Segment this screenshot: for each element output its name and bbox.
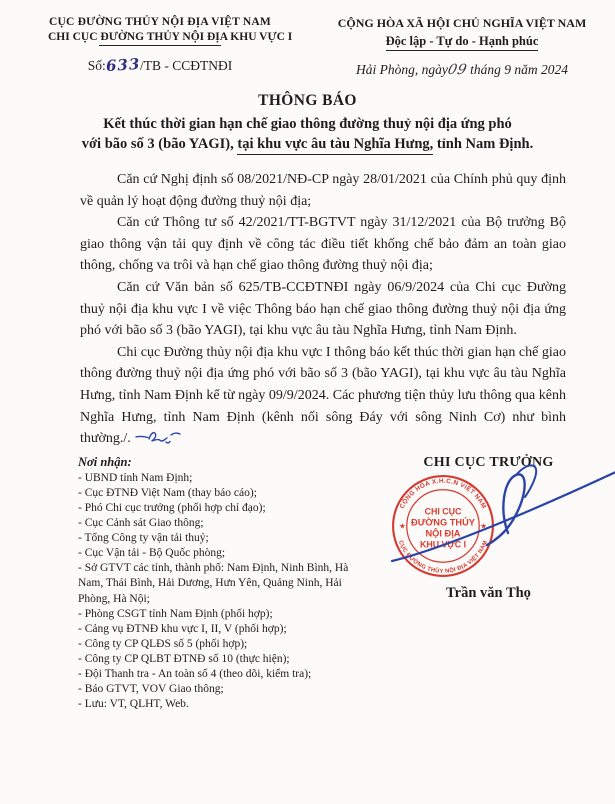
paragraph-legal-basis-2: Căn cứ Thông tư số 42/2021/TT-BGTVT ngày… (80, 212, 566, 277)
handwritten-document-number: 633 (105, 55, 140, 75)
paragraph-legal-basis-1: Căn cứ Nghị định số 08/2021/NĐ-CP ngày 2… (80, 169, 566, 212)
subtitle-line1: Kết thúc thời gian hạn chế giao thông đư… (103, 116, 512, 132)
national-motto-line1: CỘNG HÒA XÃ HỘI CHỦ NGHĨA VIỆT NAM (333, 16, 591, 31)
place-and-date: Hải Phòng, ngày09 tháng 9 năm 2024 (333, 62, 591, 78)
issuing-agency-block: CỤC ĐƯỜNG THỦY NỘI ĐỊA VIỆT NAM CHI CỤC … (48, 16, 272, 78)
seal-and-signature-area: CỘNG HÒA X.H.C.N VIỆT NAM CỤC ĐƯỜNG THỦY… (376, 475, 601, 579)
national-motto-line2: Độc lập - Tự do - Hạnh phúc (386, 34, 539, 51)
recipient-item: - Báo GTVT, VOV Giao thông; (78, 682, 376, 697)
document-number-prefix: Số: (88, 58, 106, 73)
recipients-label: Nơi nhận: (78, 455, 376, 470)
subtitle-line2-pre: với bão số 3 (bão YAGI), (82, 136, 238, 152)
recipient-item: - UBND tỉnh Nam Định; (78, 471, 376, 486)
issuing-agency-name: CHI CỤC ĐƯỜNG THỦY NỘI ĐỊA KHU VỰC I (48, 31, 272, 43)
document-header: CỤC ĐƯỜNG THỦY NỘI ĐỊA VIỆT NAM CHI CỤC … (0, 0, 615, 78)
date-prefix: Hải Phòng, ngày (356, 62, 448, 77)
subtitle-underlined-phrase: tại khu vực âu tàu Nghĩa Hưng, (237, 136, 433, 155)
recipient-item: - Cảng vụ ĐTNĐ khu vực I, II, V (phối hợ… (78, 622, 376, 637)
recipient-item: - Phòng CSGT tỉnh Nam Định (phối hợp); (78, 607, 376, 622)
subtitle-line2-post: tỉnh Nam Định. (433, 136, 533, 152)
recipient-item: - Cục Vận tải - Bộ Quốc phòng; (78, 546, 376, 561)
date-suffix: tháng 9 năm 2024 (467, 62, 568, 77)
recipient-item: - Đội Thanh tra - An toàn số 4 (theo dõi… (78, 667, 376, 682)
title-block: THÔNG BÁO Kết thúc thời gian hạn chế gia… (0, 92, 615, 154)
recipient-item: - Công ty CP QLĐS số 5 (phối hợp); (78, 637, 376, 652)
document-body: Căn cứ Nghị định số 08/2021/NĐ-CP ngày 2… (80, 169, 566, 450)
national-motto-block: CỘNG HÒA XÃ HỘI CHỦ NGHĨA VIỆT NAM Độc l… (333, 16, 591, 78)
paragraph-announcement: Chi cục Đường thủy nội địa khu vực I thô… (80, 342, 566, 450)
recipient-item: - Lưu: VT, QLHT, Web. (78, 697, 376, 712)
handwritten-initial-mark (135, 429, 181, 445)
document-subtitle: Kết thúc thời gian hạn chế giao thông đư… (0, 114, 615, 154)
parent-agency-name: CỤC ĐƯỜNG THỦY NỘI ĐỊA VIỆT NAM (48, 16, 272, 28)
recipient-item: - Công ty CP QLBT ĐTNĐ số 10 (thực hiện)… (78, 652, 376, 667)
signature-ink-strokes (382, 453, 615, 593)
recipient-item: - Sở GTVT các tỉnh, thành phố: Nam Định,… (78, 561, 376, 606)
recipient-item: - Cục ĐTNĐ Việt Nam (thay báo cáo); (78, 486, 376, 501)
document-page: CỤC ĐƯỜNG THỦY NỘI ĐỊA VIỆT NAM CHI CỤC … (0, 0, 615, 804)
handwritten-day: 09 (446, 62, 468, 78)
document-title: THÔNG BÁO (0, 92, 615, 110)
recipient-item: - Phó Chi cục trưởng (phối hợp chỉ đạo); (78, 501, 376, 516)
document-number: Số:633/TB - CCĐTNĐI (48, 56, 272, 74)
recipient-item: - Tổng Công ty vận tải thuỷ; (78, 531, 376, 546)
recipients-block: Nơi nhận: - UBND tỉnh Nam Định; - Cục ĐT… (78, 455, 376, 713)
footer-section: Nơi nhận: - UBND tỉnh Nam Định; - Cục ĐT… (0, 455, 615, 713)
paragraph-legal-basis-3: Căn cứ Văn bản số 625/TB-CCĐTNĐI ngày 06… (80, 277, 566, 342)
recipient-item: - Cục Cảnh sát Giao thông; (78, 516, 376, 531)
signature-block: CHI CỤC TRƯỞNG CỘNG HÒA X.H.C.N VIỆT NAM… (376, 455, 615, 713)
agency-underline (99, 45, 221, 46)
document-number-suffix: /TB - CCĐTNĐI (140, 58, 232, 73)
